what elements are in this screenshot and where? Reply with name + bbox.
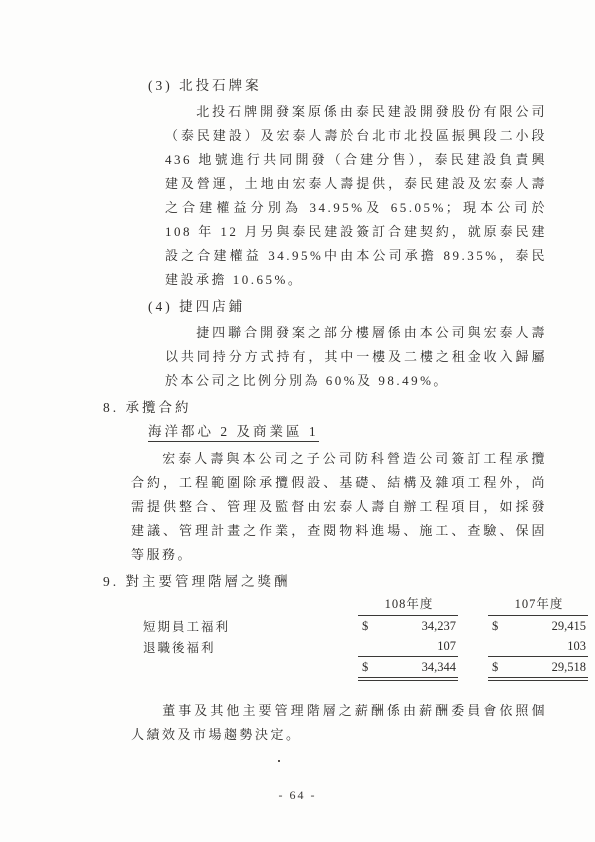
column-header-108: 108年度 xyxy=(358,596,458,616)
amount: 29,518 xyxy=(552,659,586,676)
subheading-underlined-text: 海洋都心 2 及商業區 1 xyxy=(148,424,319,442)
document-page: (3) 北投石牌案 北投石牌開發案原係由泰民建設開發股份有限公司（泰民建設）及宏… xyxy=(0,0,595,842)
cell-108-post-employment: 107 xyxy=(358,638,458,657)
heading-item-3: (3) 北投石牌案 xyxy=(148,76,547,95)
table-header-row: 108年度 107年度 xyxy=(143,596,588,616)
page-number: - 64 - xyxy=(0,788,595,803)
currency-sign: $ xyxy=(362,659,368,676)
paragraph-item-4: 捷四聯合開發案之部分樓層係由本公司與宏泰人壽以共同持分方式持有，其中一樓及二樓之… xyxy=(165,321,547,393)
table-row-total: $ 34,344 $ 29,518 xyxy=(143,659,588,681)
heading-section-8: 8. 承攬合約 xyxy=(103,398,547,417)
paragraph-section-8: 宏泰人壽與本公司之子公司防科營造公司簽訂工程承攬合約，工程範圍除承攬假設、基礎、… xyxy=(131,447,547,567)
currency-sign: $ xyxy=(492,618,498,635)
amount: 103 xyxy=(567,638,586,655)
scan-artifact-dot xyxy=(278,760,280,762)
cell-108-short-term: $ 34,237 xyxy=(358,618,458,636)
compensation-table: 108年度 107年度 短期員工福利 $ 34,237 $ 29,415 退職後… xyxy=(143,596,588,681)
amount: 107 xyxy=(437,638,456,655)
table-row-post-employment-benefits: 退職後福利 107 103 xyxy=(143,638,588,657)
currency-sign: $ xyxy=(362,618,368,635)
paragraph-section-9: 董事及其他主要管理階層之薪酬係由薪酬委員會依照個人績效及市場趨勢決定。 xyxy=(131,699,547,747)
row-label: 退職後福利 xyxy=(143,640,358,657)
table-row-short-term-benefits: 短期員工福利 $ 34,237 $ 29,415 xyxy=(143,618,588,636)
page-content: (3) 北投石牌案 北投石牌開發案原係由泰民建設開發股份有限公司（泰民建設）及宏… xyxy=(0,0,595,752)
subheading-project: 海洋都心 2 及商業區 1 xyxy=(148,422,547,441)
cell-107-post-employment: 103 xyxy=(488,638,588,657)
paragraph-item-3: 北投石牌開發案原係由泰民建設開發股份有限公司（泰民建設）及宏泰人壽於台北市北投區… xyxy=(165,100,547,292)
heading-section-9: 9. 對主要管理階層之獎酬 xyxy=(103,572,547,591)
currency-sign: $ xyxy=(492,659,498,676)
cell-108-total: $ 34,344 xyxy=(358,659,458,681)
cell-107-short-term: $ 29,415 xyxy=(488,618,588,636)
column-header-107: 107年度 xyxy=(488,596,588,616)
amount: 34,344 xyxy=(422,659,456,676)
cell-107-total: $ 29,518 xyxy=(488,659,588,681)
row-label: 短期員工福利 xyxy=(143,619,358,636)
amount: 29,415 xyxy=(552,618,586,635)
heading-item-4: (4) 捷四店鋪 xyxy=(148,297,547,316)
amount: 34,237 xyxy=(422,618,456,635)
